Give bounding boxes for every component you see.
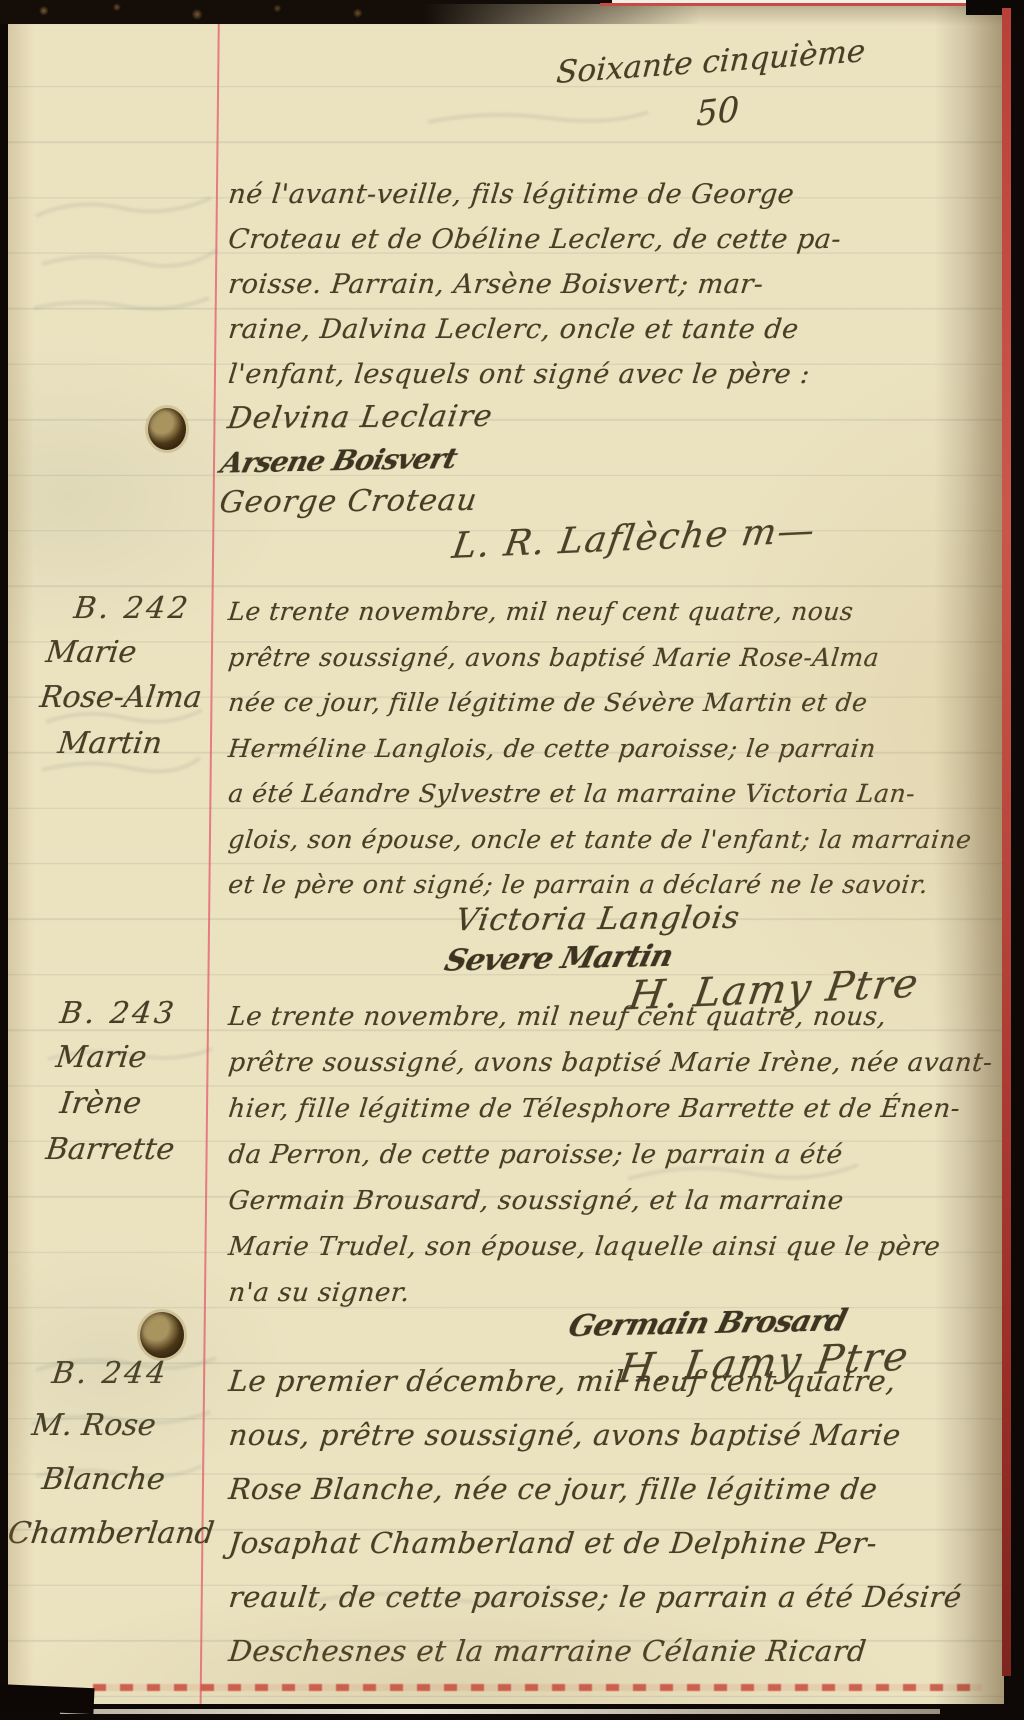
handwritten-line: reault, de cette paroisse; le parrain a …	[226, 1570, 964, 1624]
handwritten-line: Herméline Langlois, de cette paroisse; l…	[226, 726, 974, 772]
handwritten-line: Deschesnes et la marraine Célanie Ricard	[226, 1624, 964, 1678]
handwritten-line: nous, prêtre soussigné, avons baptisé Ma…	[226, 1408, 964, 1462]
page-edge-red-stripe	[1002, 8, 1011, 1676]
entry-margin-name: Marie	[44, 635, 139, 670]
page-header-note: Soixante cinquième	[555, 33, 866, 91]
handwritten-line: a été Léandre Sylvestre et la marraine V…	[226, 771, 974, 817]
facing-page-red-rule	[600, 3, 1006, 6]
entry-margin-name: Blanche	[40, 1462, 167, 1497]
signature-neat: Victoria Langlois	[453, 900, 742, 938]
entry-number: B. 242	[72, 591, 193, 626]
handwritten-line: Rose Blanche, née ce jour, fille légitim…	[226, 1462, 964, 1516]
signature-neat: George Croteau	[217, 483, 480, 520]
handwritten-line: glois, son épouse, oncle et tante de l'e…	[226, 817, 974, 863]
handwritten-line: roisse. Parrain, Arsène Boisvert; mar-	[226, 262, 843, 307]
entry-margin-name: Chamberland	[6, 1516, 216, 1551]
handwritten-line: l'enfant, lesquels ont signé avec le pèr…	[226, 352, 843, 397]
entry-margin-name: Martin	[56, 726, 164, 761]
binding-corner	[966, 0, 1024, 15]
page-stack-edge	[60, 1709, 940, 1714]
handwritten-line: Josaphat Chamberland et de Delphine Per-	[226, 1516, 964, 1570]
punch-hole	[148, 408, 186, 450]
signature-scrawl: Arsene Boisvert	[217, 442, 460, 480]
entry-margin-name: Barrette	[44, 1132, 177, 1167]
handwritten-line: prêtre soussigné, avons baptisé Marie Ro…	[226, 635, 974, 681]
signature-priest: L. R. Laflèche m—	[450, 510, 819, 567]
entry-margin-name: Marie	[54, 1040, 149, 1075]
entry-margin-name: M. Rose	[30, 1408, 158, 1443]
entry-body: né l'avant-veille, fils légitime de Geor…	[226, 172, 839, 397]
entry-body: Le trente novembre, mil neuf cent quatre…	[226, 994, 990, 1316]
handwritten-line: da Perron, de cette paroisse; le parrain…	[226, 1132, 995, 1178]
page-paper: Soixante cinquième 50 né l'avant-veille,…	[8, 4, 1004, 1704]
handwritten-line: Le trente novembre, mil neuf cent quatre…	[226, 589, 974, 635]
handwritten-line: Croteau et de Obéline Leclerc, de cette …	[226, 217, 843, 262]
page-bottom-red-edge	[93, 1684, 982, 1691]
handwritten-line: hier, fille légitime de Télesphore Barre…	[226, 1086, 995, 1132]
entry-margin-name: Rose-Alma	[38, 680, 204, 715]
entry-number: B. 243	[58, 996, 179, 1031]
handwritten-line: prêtre soussigné, avons baptisé Marie Ir…	[226, 1040, 995, 1086]
page-number: 50	[696, 89, 740, 135]
margin-rule-line	[200, 4, 220, 1704]
entry-body: Le premier décembre, mil neuf cent quatr…	[226, 1354, 959, 1678]
handwritten-line: Le trente novembre, mil neuf cent quatre…	[226, 994, 995, 1040]
signature-neat: Delvina Leclaire	[225, 399, 495, 436]
handwritten-line: Le premier décembre, mil neuf cent quatr…	[226, 1354, 964, 1408]
handwritten-line: raine, Dalvina Leclerc, oncle et tante d…	[226, 307, 843, 352]
entry-margin-name: Irène	[58, 1086, 143, 1121]
punch-hole	[140, 1312, 184, 1358]
binding-corner	[0, 1684, 95, 1714]
scanned-register-page: Soixante cinquième 50 né l'avant-veille,…	[0, 0, 1024, 1720]
entry-number: B. 244	[50, 1356, 171, 1391]
handwritten-line: née ce jour, fille légitime de Sévère Ma…	[226, 680, 974, 726]
handwritten-line: né l'avant-veille, fils légitime de Geor…	[226, 172, 843, 217]
entry-body: Le trente novembre, mil neuf cent quatre…	[226, 589, 969, 908]
handwritten-line: Germain Brousard, soussigné, et la marra…	[226, 1178, 995, 1224]
handwritten-line: Marie Trudel, son épouse, laquelle ainsi…	[226, 1224, 995, 1270]
